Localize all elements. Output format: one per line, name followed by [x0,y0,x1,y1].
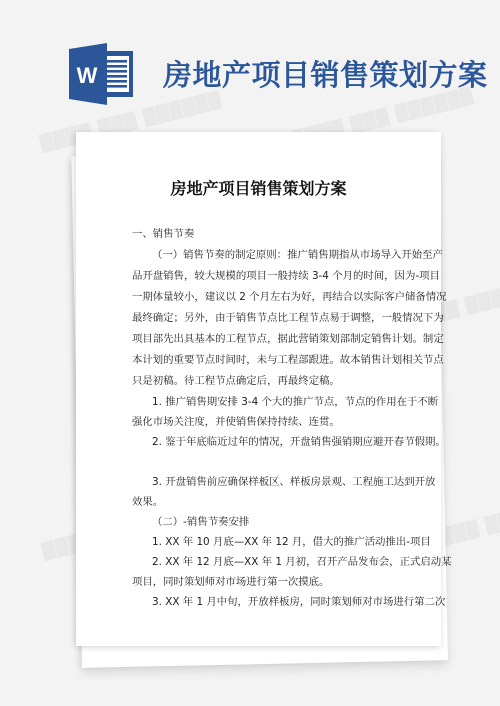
header-banner: W 房地产项目销售策划方案 [0,0,500,120]
list-item: 2. XX 年 12 月底—XX 年 1 月初，召开产品发布会，正式启动某 [132,552,388,572]
paragraph-line: （一）销售节奏的制定原则：推广销售期指从市场导入开始至产 [132,245,388,266]
list-item: 3. XX 年 1 月中旬，开放样板房，同时策划师对市场进行第二次 [132,592,388,612]
paragraph-line: 品开盘销售，较大规模的项目一般持续 3-4 个月的时间，因为-项目 [132,266,388,287]
list-item: 1. XX 年 10 月底—XX 年 12 月，借大的推广活动推出-项目 [132,532,388,552]
paragraph-line: 本计划的重要节点时间时，未与工程部跟进。故本销售计划相关节点 [132,350,388,371]
document-title: 房地产项目销售策划方案 [76,178,441,200]
section-heading: 一、销售节奏 [132,224,388,245]
list-item: 3. 开盘销售前应确保样板区、样板房景观、工程施工达到开放 [132,472,388,492]
list-item: 2. 鉴于年底临近过年的情况，开盘销售强销期应避开春节假期。 [132,432,388,452]
blank-line [132,452,388,472]
paragraph-line: 项目部先出具基本的工程节点，据此营销策划部制定销售计划。制定 [132,329,388,350]
paragraph-line: 一期体量较小，建议以 2 个月左右为好，再结合以实际客户储备情况 [132,287,388,308]
document-body: 一、销售节奏 （一）销售节奏的制定原则：推广销售期指从市场导入开始至产 品开盘销… [132,224,388,612]
paragraph-line: 强化市场关注度，并使销售保持持续、连贯。 [132,412,388,432]
subsection-heading: （二）-销售节奏安排 [132,512,388,532]
list-item: 1. 推广销售期安排 3-4 个大的推广节点，节点的作用在于不断 [132,392,388,412]
word-document-icon: W [69,43,135,105]
svg-text:W: W [77,63,98,88]
paragraph-line: 效果。 [132,492,388,512]
paragraph-line: 最终确定；另外，由于销售节点比工程节点易于调整，一般情况下为 [132,308,388,329]
paragraph-line: 只是初稿。待工程节点确定后，再最终定稿。 [132,371,388,392]
header-title: 房地产项目销售策划方案 [163,57,488,93]
paragraph-line: 项目，同时策划师对市场进行第一次摸底。 [132,572,388,592]
document-page: 房地产项目销售策划方案 一、销售节奏 （一）销售节奏的制定原则：推广销售期指从市… [76,132,441,646]
